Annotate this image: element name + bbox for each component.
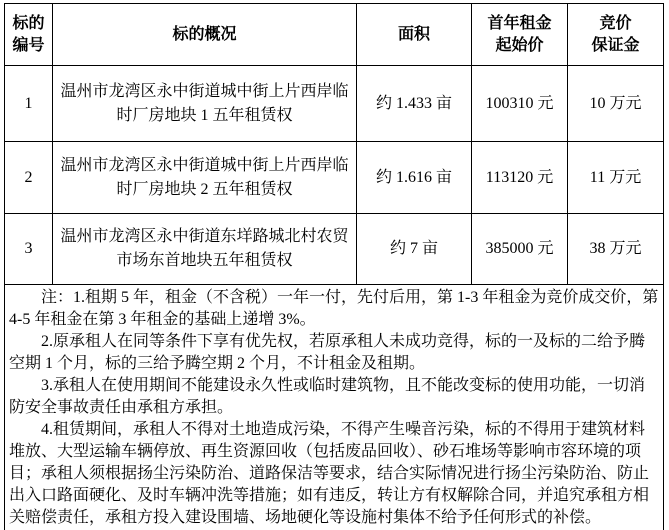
col-header-area: 面积 xyxy=(357,4,472,66)
notes-cell: 注：1.租期 5 年，租金（不含税）一年一付，先付后用，第 1-3 年租金为竞价… xyxy=(5,285,664,530)
area-cell: 约 1.433 亩 xyxy=(357,66,472,142)
col-header-deposit: 竞价 保证金 xyxy=(568,4,664,66)
bid-table-body: 1温州市龙湾区永中街道城中街上片西岸临时厂房地块 1 五年租赁权约 1.433 … xyxy=(5,66,664,285)
start-price-cell: 113120 元 xyxy=(472,142,568,214)
start-price-cell: 100310 元 xyxy=(472,66,568,142)
bid-number-cell: 2 xyxy=(5,142,53,214)
bid-number-cell: 1 xyxy=(5,66,53,142)
header-row: 标的 编号 标的概况 面积 首年租金 起始价 竞价 保证金 xyxy=(5,4,664,66)
area-cell: 约 7 亩 xyxy=(357,214,472,285)
overview-cell: 温州市龙湾区永中街道城中街上片西岸临时厂房地块 1 五年租赁权 xyxy=(53,66,357,142)
col-header-overview: 标的概况 xyxy=(53,4,357,66)
area-cell: 约 1.616 亩 xyxy=(357,142,472,214)
col-header-bid-number: 标的 编号 xyxy=(5,4,53,66)
notice-page: 标的 编号 标的概况 面积 首年租金 起始价 竞价 保证金 1温州市龙湾区永中街… xyxy=(0,0,669,530)
note-paragraph: 注：1.租期 5 年，租金（不含税）一年一付，先付后用，第 1-3 年租金为竞价… xyxy=(9,287,659,331)
bid-lots-table: 标的 编号 标的概况 面积 首年租金 起始价 竞价 保证金 1温州市龙湾区永中街… xyxy=(4,3,664,530)
table-row: 1温州市龙湾区永中街道城中街上片西岸临时厂房地块 1 五年租赁权约 1.433 … xyxy=(5,66,664,142)
table-row: 3温州市龙湾区永中街道东垟路城北村农贸市场东首地块五年租赁权约 7 亩38500… xyxy=(5,214,664,285)
notes-section: 注：1.租期 5 年，租金（不含税）一年一付，先付后用，第 1-3 年租金为竞价… xyxy=(5,285,664,530)
table-row: 2温州市龙湾区永中街道城中街上片西岸临时厂房地块 2 五年租赁权约 1.616 … xyxy=(5,142,664,214)
overview-cell: 温州市龙湾区永中街道东垟路城北村农贸市场东首地块五年租赁权 xyxy=(53,214,357,285)
start-price-cell: 385000 元 xyxy=(472,214,568,285)
col-header-start-price: 首年租金 起始价 xyxy=(472,4,568,66)
deposit-cell: 10 万元 xyxy=(568,66,664,142)
deposit-cell: 38 万元 xyxy=(568,214,664,285)
bid-number-cell: 3 xyxy=(5,214,53,285)
overview-cell: 温州市龙湾区永中街道城中街上片西岸临时厂房地块 2 五年租赁权 xyxy=(53,142,357,214)
deposit-cell: 11 万元 xyxy=(568,142,664,214)
note-paragraph: 3.承租人在使用期间不能建设永久性或临时建筑物，且不能改变标的使用功能，一切消防… xyxy=(9,375,659,419)
notes-row: 注：1.租期 5 年，租金（不含税）一年一付，先付后用，第 1-3 年租金为竞价… xyxy=(5,285,664,530)
note-paragraph: 4.租赁期间，承租人不得对土地造成污染，不得产生噪音污染，标的不得用于建筑材料堆… xyxy=(9,419,659,529)
note-paragraph: 2.原承租人在同等条件下享有优先权，若原承租人未成功竞得，标的一及标的二给予腾空… xyxy=(9,331,659,375)
